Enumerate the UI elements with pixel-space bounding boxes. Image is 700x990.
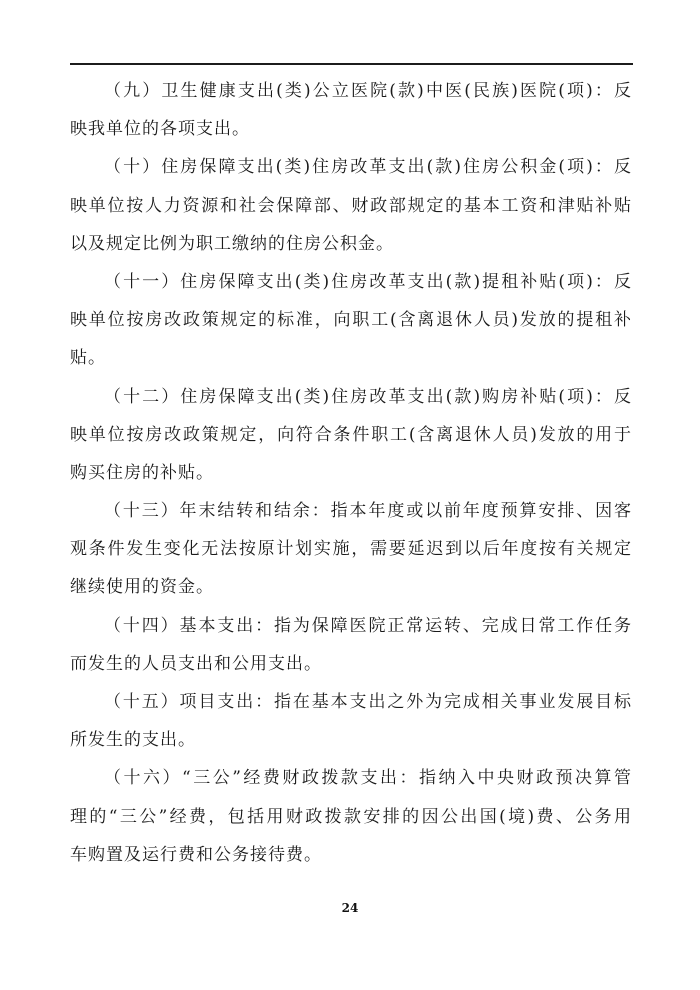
text-line: 而发生的人员支出和公用支出。: [70, 645, 632, 683]
text-line: （十）住房保障支出(类)住房改革支出(款)住房公积金(项)：反: [70, 148, 632, 186]
header-rule: [70, 63, 633, 65]
text-line: （十二）住房保障支出(类)住房改革支出(款)购房补贴(项)：反: [70, 378, 632, 416]
text-line: （十六）“三公”经费财政拨款支出：指纳入中央财政预决算管: [70, 759, 632, 797]
text-line: （九）卫生健康支出(类)公立医院(款)中医(民族)医院(项)：反: [70, 72, 632, 110]
text-line: （十四）基本支出：指为保障医院正常运转、完成日常工作任务: [70, 607, 632, 645]
text-line: 继续使用的资金。: [70, 568, 632, 606]
text-line: （十一）住房保障支出(类)住房改革支出(款)提租补贴(项)：反: [70, 263, 632, 301]
text-line: 观条件发生变化无法按原计划实施，需要延迟到以后年度按有关规定: [70, 530, 632, 568]
text-line: 购买住房的补贴。: [70, 454, 632, 492]
text-line: （十五）项目支出：指在基本支出之外为完成相关事业发展目标: [70, 683, 632, 721]
document-page: { "page": { "background_color": "#ffffff…: [0, 0, 700, 990]
text-line: 映单位按人力资源和社会保障部、财政部规定的基本工资和津贴补贴: [70, 187, 632, 225]
page-footer: 24: [0, 897, 700, 916]
text-line: 映单位按房改政策规定的标准，向职工(含离退休人员)发放的提租补: [70, 301, 632, 339]
text-line: 映我单位的各项支出。: [70, 110, 632, 148]
text-line: 所发生的支出。: [70, 721, 632, 759]
text-line: 贴。: [70, 339, 632, 377]
text-line: 理的“三公”经费，包括用财政拨款安排的因公出国(境)费、公务用: [70, 798, 632, 836]
page-number: 24: [342, 901, 359, 915]
text-line: 以及规定比例为职工缴纳的住房公积金。: [70, 225, 632, 263]
document-body: （九）卫生健康支出(类)公立医院(款)中医(民族)医院(项)：反 映我单位的各项…: [70, 72, 632, 874]
text-line: （十三）年末结转和结余：指本年度或以前年度预算安排、因客: [70, 492, 632, 530]
text-line: 映单位按房改政策规定，向符合条件职工(含离退休人员)发放的用于: [70, 416, 632, 454]
text-line: 车购置及运行费和公务接待费。: [70, 836, 632, 874]
